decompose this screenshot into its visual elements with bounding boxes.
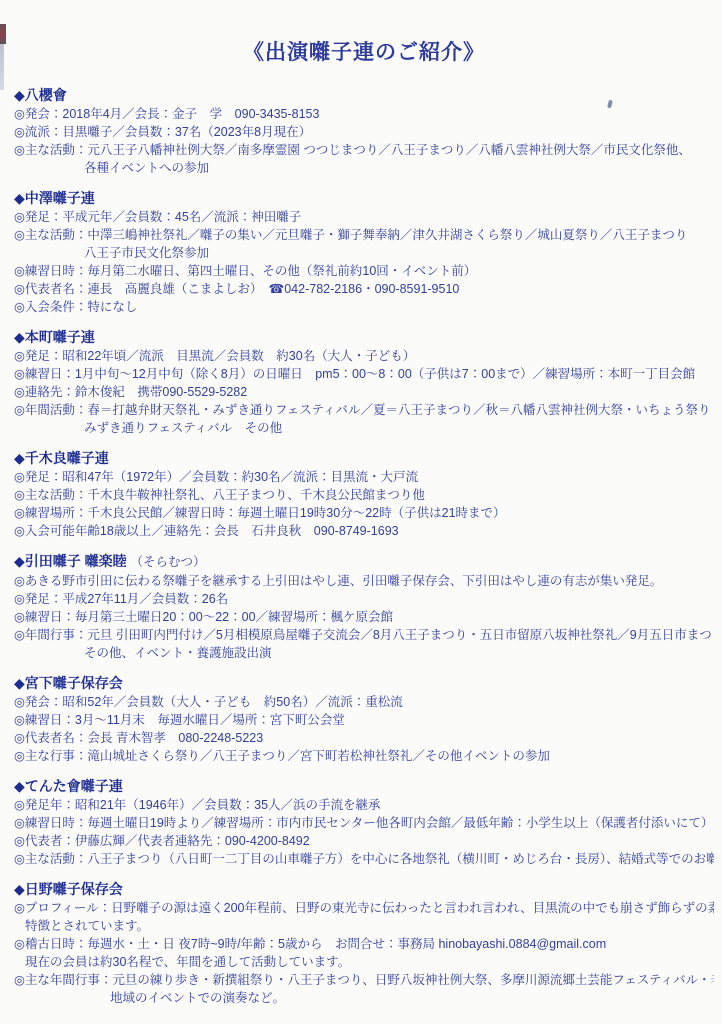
info-line: ◎発会：昭和52年／会員数（大人・子ども 約50名）／流派：重松流 <box>14 693 714 711</box>
info-line: ◎発足：平成元年／会員数：45名／流派：神田囃子 <box>14 208 714 226</box>
section-heading: ◆中澤囃子連 <box>14 189 714 208</box>
info-line: ◎練習日時：毎月第二水曜日、第四土曜日、その他（祭礼前約10回・イベント前） <box>14 262 714 280</box>
section-hino: ◆日野囃子保存会 ◎プロフィール：日野囃子の源は遠く200年程前、日野の東光寺に… <box>14 880 714 1007</box>
section-heading: ◆本町囃子連 <box>14 328 714 347</box>
section-heading-furigana: （そらむつ） <box>131 555 206 569</box>
info-line: ◎練習日時：毎週土曜日19時より／練習場所：市内市民センター他各町内会館／最低年… <box>14 814 714 832</box>
info-line: ◎主な年間行事：元旦の練り歩き・新撰組祭り・八王子まつり、日野八坂神社例大祭、多… <box>14 971 714 989</box>
info-line: ◎主な活動：千木良牛鞍神社祭礼、八王子まつり、千木良公民館まつり他 <box>14 486 714 504</box>
info-line: ◎主な活動：元八王子八幡神社例大祭／南多摩霊園 つつじまつり／八王子まつり／八幡… <box>14 141 714 159</box>
info-line: ◎練習場所：千木良公民館／練習日時：毎週土曜日19時30分～22時（子供は21時… <box>14 504 714 522</box>
info-line: ◎主な活動：八王子まつり（八日町一二丁目の山車囃子方）を中心に各地祭礼（横川町・… <box>14 850 714 868</box>
info-line: ◎主な行事：滝山城址さくら祭り／八王子まつり／宮下町若松神社祭礼／その他イベント… <box>14 747 714 765</box>
info-line: ◎入会条件：特になし <box>14 298 714 316</box>
page-title: 《出演囃子連のご紹介》 <box>14 36 714 66</box>
section-hachiokai: ◆八櫻會 ◎発会：2018年4月／会長：金子 学 090-3435-8153 ◎… <box>14 86 714 177</box>
section-nakazawa: ◆中澤囃子連 ◎発足：平成元年／会員数：45名／流派：神田囃子 ◎主な活動：中澤… <box>14 189 714 316</box>
section-hikida: ◆引田囃子 囃楽睦 （そらむつ） ◎あきる野市引田に伝わる祭囃子を継承する上引田… <box>14 552 714 662</box>
info-line-continuation: 各種イベントへの参加 <box>84 159 714 177</box>
info-line-continuation: 地域のイベントでの演奏など。 <box>110 989 714 1007</box>
info-line-continuation: 八王子市民文化祭参加 <box>84 244 714 262</box>
info-line-continuation: 特徴とされています。 <box>25 917 714 935</box>
info-line: ◎流派：目黒囃子／会員数：37名（2023年8月現在） <box>14 123 714 141</box>
info-line: ◎発足：平成27年11月／会員数：26名 <box>14 590 714 608</box>
section-heading: ◆てんた會囃子連 <box>14 777 714 796</box>
info-line: ◎発足：昭和22年頃／流派 目黒流／会員数 約30名（大人・子ども） <box>14 347 714 365</box>
info-line: ◎代表者名：会長 青木智孝 080-2248-5223 <box>14 729 714 747</box>
info-line-continuation: その他、イベント・養護施設出演 <box>84 644 714 662</box>
info-line: ◎発会：2018年4月／会長：金子 学 090-3435-8153 <box>14 105 714 123</box>
section-heading: ◆八櫻會 <box>14 86 714 105</box>
section-heading: ◆引田囃子 囃楽睦 （そらむつ） <box>14 552 714 572</box>
info-line: ◎稽古日時：毎週水・土・日 夜7時~9時/年齢：5歳から お問合せ：事務局 hi… <box>14 935 714 953</box>
info-line: ◎練習日：毎月第三土曜日20：00～22：00／練習場所：楓ケ原会館 <box>14 608 714 626</box>
section-honcho: ◆本町囃子連 ◎発足：昭和22年頃／流派 目黒流／会員数 約30名（大人・子ども… <box>14 328 714 437</box>
document-page: 《出演囃子連のご紹介》 ◆八櫻會 ◎発会：2018年4月／会長：金子 学 090… <box>0 0 722 1007</box>
info-line: ◎年間行事：元旦 引田町内門付け／5月相模原鳥屋囃子交流会／8月八王子まつり・五… <box>14 626 714 644</box>
info-line: ◎発足年：昭和21年（1946年）／会員数：35人／浜の手流を継承 <box>14 796 714 814</box>
section-heading: ◆宮下囃子保存会 <box>14 674 714 693</box>
section-tentakai: ◆てんた會囃子連 ◎発足年：昭和21年（1946年）／会員数：35人／浜の手流を… <box>14 777 714 868</box>
info-line: ◎発足：昭和47年（1972年）／会員数：約30名／流派：目黒流・大戸流 <box>14 468 714 486</box>
section-heading: ◆千木良囃子連 <box>14 449 714 468</box>
section-miyashita: ◆宮下囃子保存会 ◎発会：昭和52年／会員数（大人・子ども 約50名）／流派：重… <box>14 674 714 765</box>
info-line: ◎連絡先：鈴木俊紀 携帯090-5529-5282 <box>14 383 714 401</box>
info-line: ◎練習日：1月中旬～12月中旬（除く8月）の日曜日 pm5：00～8：00（子供… <box>14 365 714 383</box>
section-heading: ◆日野囃子保存会 <box>14 880 714 899</box>
info-line-continuation: 現在の会員は約30名程で、年間を通して活動しています。 <box>25 953 714 971</box>
info-line: ◎あきる野市引田に伝わる祭囃子を継承する上引田はやし連、引田囃子保存会、下引田は… <box>14 572 714 590</box>
section-chigira: ◆千木良囃子連 ◎発足：昭和47年（1972年）／会員数：約30名／流派：目黒流… <box>14 449 714 540</box>
info-line: ◎プロフィール：日野囃子の源は遠く200年程前、日野の東光寺に伝わったと言われ言… <box>14 899 714 917</box>
info-line: ◎入会可能年齢18歳以上／連絡先：会長 石井良秋 090-8749-1693 <box>14 522 714 540</box>
info-line: ◎主な活動：中澤三嶋神社祭礼／囃子の集い／元旦囃子・獅子舞奉納／津久井湖さくら祭… <box>14 226 714 244</box>
info-line: ◎代表者名：連長 高麗良雄（こまよしお） ☎042-782-2186・090-8… <box>14 280 714 298</box>
info-line: ◎年間活動：春＝打越弁財天祭礼・みずき通りフェスティバル／夏＝八王子まつり／秋＝… <box>14 401 714 419</box>
info-line: ◎練習日：3月～11月末 毎週水曜日／場所：宮下町公会堂 <box>14 711 714 729</box>
info-line: ◎代表者：伊藤広輝／代表者連絡先：090-4200-8492 <box>14 832 714 850</box>
info-line-continuation: みずき通りフェスティバル その他 <box>84 419 714 437</box>
section-heading-main: ◆引田囃子 囃楽睦 <box>14 553 127 569</box>
